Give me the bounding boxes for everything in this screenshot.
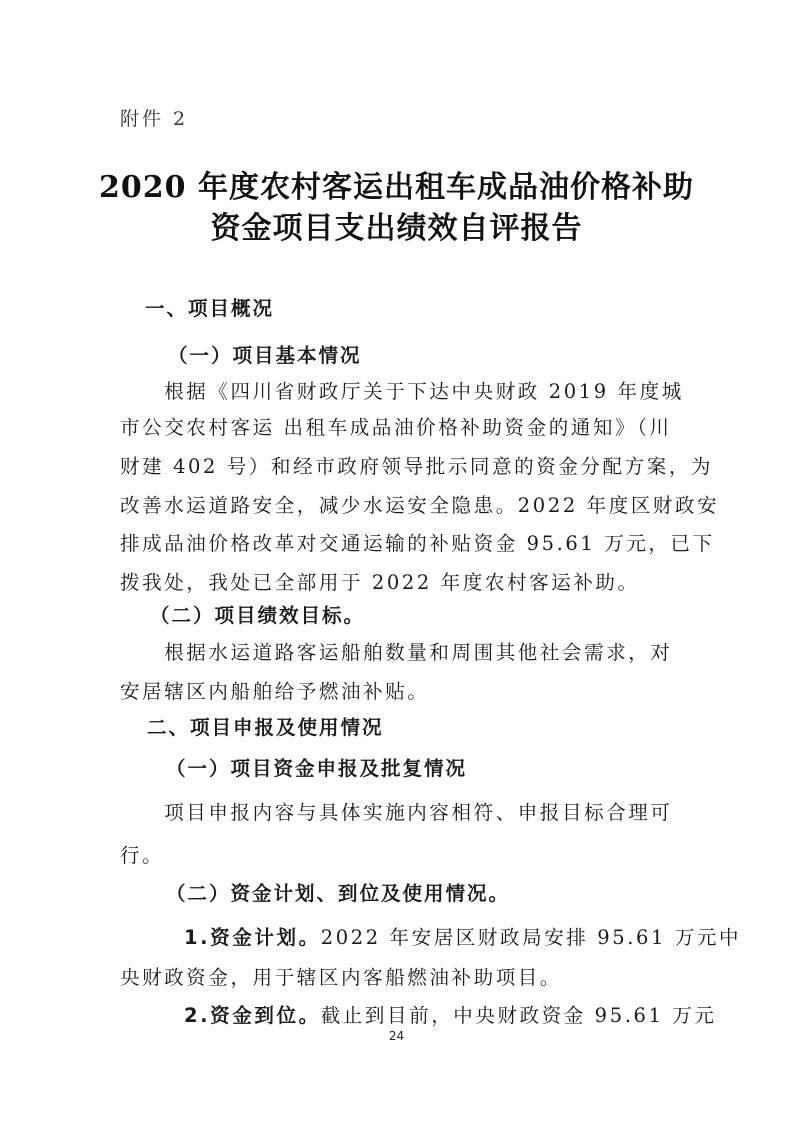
section-1-heading: 一、项目概况 (145, 293, 705, 321)
section-1-2-heading: （二）项目绩效目标。 (150, 600, 710, 628)
paragraph-line: 安居辖区内船舶给予燃油补贴。 (120, 676, 680, 704)
paragraph-line: 根据水运道路客运船舶数量和周围其他社会需求，对 (120, 637, 680, 665)
document-title-line2: 资金项目支出绩效自评报告 (0, 203, 793, 247)
item-2-line1: 2.资金到位。截止到目前，中央财政资金 95.61 万元 (184, 1000, 744, 1028)
item-1-text: 2022 年安居区财政局安排 95.61 万元中 (321, 926, 741, 949)
paragraph-line: 排成品油价格改革对交通运输的补贴资金 95.61 万元，已下 (120, 528, 680, 556)
page-number: 24 (0, 1029, 793, 1043)
paragraph-line: 央财政资金，用于辖区内客船燃油补助项目。 (120, 962, 680, 990)
paragraph-line: 项目申报内容与具体实施内容相符、申报目标合理可 (120, 797, 680, 825)
paragraph-line: 改善水运道路安全，减少水运安全隐患。2022 年度区财政安 (120, 490, 680, 518)
item-2-text: 截止到目前，中央财政资金 95.61 万元 (321, 1004, 717, 1027)
paragraph-line: 根据《四川省财政厅关于下达中央财政 2019 年度城 (120, 376, 680, 404)
section-2-1-heading: （一）项目资金申报及批复情况 (166, 753, 726, 781)
item-1-label: 1.资金计划。 (184, 926, 321, 949)
document-title-line1: 2020 年度农村客运出租车成品油价格补助 (0, 162, 793, 206)
section-1-1-heading: （一）项目基本情况 (168, 340, 728, 368)
section-2-2-heading: （二）资金计划、到位及使用情况。 (166, 878, 726, 906)
paragraph-line: 行。 (120, 840, 680, 868)
paragraph-line: 市公交农村客运 出租车成品油价格补助资金的通知》（川 (120, 412, 680, 440)
paragraph-line: 拨我处，我处已全部用于 2022 年度农村客运补助。 (120, 567, 680, 595)
section-2-heading: 二、项目申报及使用情况 (147, 712, 707, 740)
item-1-line1: 1.资金计划。2022 年安居区财政局安排 95.61 万元中 (184, 922, 744, 950)
attachment-label: 附件 2 (120, 104, 188, 131)
paragraph-line: 财建 402 号）和经市政府领导批示同意的资金分配方案，为 (120, 451, 680, 479)
item-2-label: 2.资金到位。 (184, 1004, 321, 1027)
